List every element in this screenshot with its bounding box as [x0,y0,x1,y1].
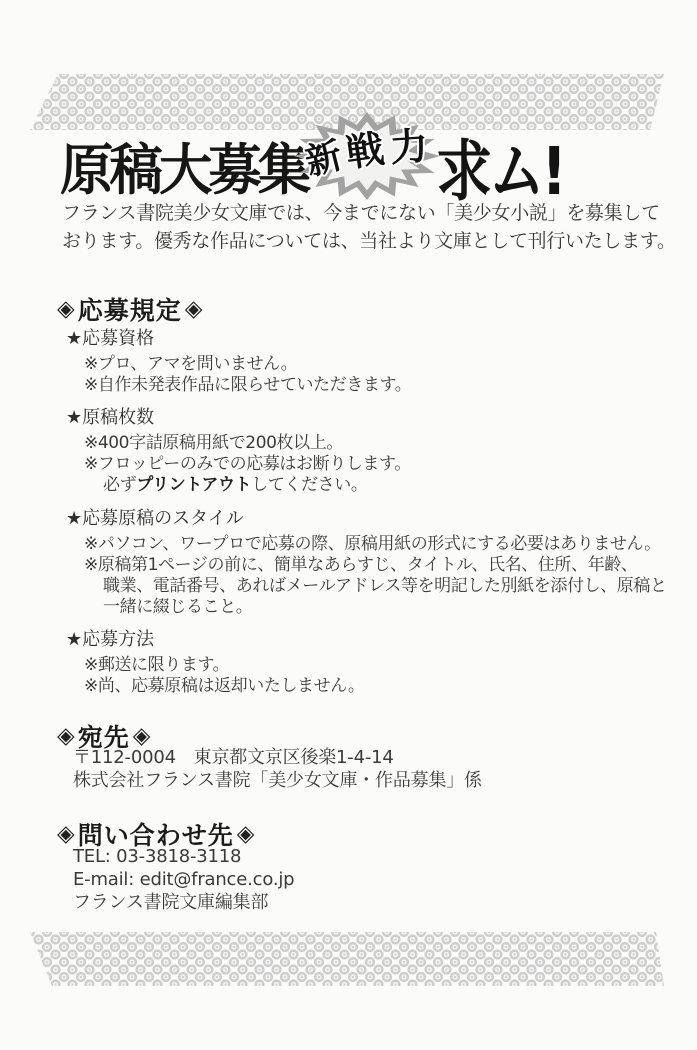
rule-line: 必ずプリントアウトしてください。 [66,475,411,496]
rules-heading-text: 応募規定 [78,291,182,327]
rule-line: ※尚、応募原稿は返却いたしません。 [66,676,364,697]
diamond-icon: ◈ [133,725,151,748]
rule-line-bold-text: プリントアウト [136,475,251,495]
rule-item-manuscript-style: ★応募原稿のスタイル ※パソコン、ワープロで応募の際、原稿用紙の形式にする必要は… [66,504,667,618]
rule-item-submission-method: ★応募方法 ※郵送に限ります。 ※尚、応募原稿は返却いたしません。 [66,625,364,697]
rule-line-text: 必ず [103,475,136,495]
rule-line-text: してください。 [251,475,367,495]
diamond-icon: ◈ [57,298,75,321]
contact-email: E-mail: edit@france.co.jp [73,868,294,891]
diamond-icon: ◈ [57,725,75,748]
halftone-border-bottom [30,932,664,986]
rule-line: 職業、電話番号、あればメールアドレス等を明記した別紙を添付し、原稿と [66,576,667,597]
rule-line: ※400字詰原稿用紙で200枚以上。 [66,433,411,454]
rules-heading: ◈ 応募規定 ◈ [57,291,202,327]
address-block: 〒112-0004 東京都文京区後楽1-4-14 株式会社フランス書院「美少女文… [73,746,482,792]
rule-item-title: ★応募資格 [66,324,411,350]
page-title: 原稿大募集 [60,126,307,205]
intro-line: おります。優秀な作品については、当社より文庫として刊行いたします。 [62,230,676,252]
contact-tel: TEL: 03-3818-3118 [73,845,294,868]
rule-item-page-count: ★原稿枚数 ※400字詰原稿用紙で200枚以上。 ※フロッピーのみでの応募はお断… [66,403,411,496]
recruit-badge: 新 戦 力 [294,112,440,200]
rule-item-title: ★応募原稿のスタイル [66,504,667,530]
rule-line: ※自作未発表作品に限らせていただきます。 [66,375,411,396]
address-postal-line: 〒112-0004 東京都文京区後楽1-4-14 [73,746,482,769]
diamond-icon: ◈ [57,823,75,846]
badge-char: 戦 [344,130,387,173]
contact-block: TEL: 03-3818-3118 E-mail: edit@france.co… [73,845,294,914]
rule-line: ※原稿第1ページの前に、簡単なあらすじ、タイトル、氏名、住所、年齢、 [66,555,667,576]
rule-line: 一緒に綴じること。 [66,597,667,618]
intro-line: フランス書院美少女文庫では、今までにない「美少女小説」を募集して [62,202,660,224]
diamond-icon: ◈ [185,298,203,321]
rule-item-title: ★応募方法 [66,625,364,651]
rule-item-title: ★原稿枚数 [66,403,411,429]
address-company-line: 株式会社フランス書院「美少女文庫・作品募集」係 [73,769,482,792]
rule-line: ※郵送に限ります。 [66,655,364,676]
rule-line: ※フロッピーのみでの応募はお断りします。 [66,454,411,475]
scanned-document-page: 原稿大募集 新 戦 力 求ム! フランス書院美少女文庫では、今までにない「美少女… [0,0,697,1050]
contact-department: フランス書院文庫編集部 [73,891,294,914]
rule-line: ※パソコン、ワープロで応募の際、原稿用紙の形式にする必要はありません。 [66,534,667,555]
diamond-icon: ◈ [237,823,255,846]
intro-paragraph: フランス書院美少女文庫では、今までにない「美少女小説」を募集しております。優秀な… [62,199,676,255]
rule-item-qualification: ★応募資格 ※プロ、アマを問いません。 ※自作未発表作品に限らせていただきます。 [66,324,411,396]
badge-char: 力 [389,127,430,168]
rule-line: ※プロ、アマを問いません。 [66,354,411,375]
